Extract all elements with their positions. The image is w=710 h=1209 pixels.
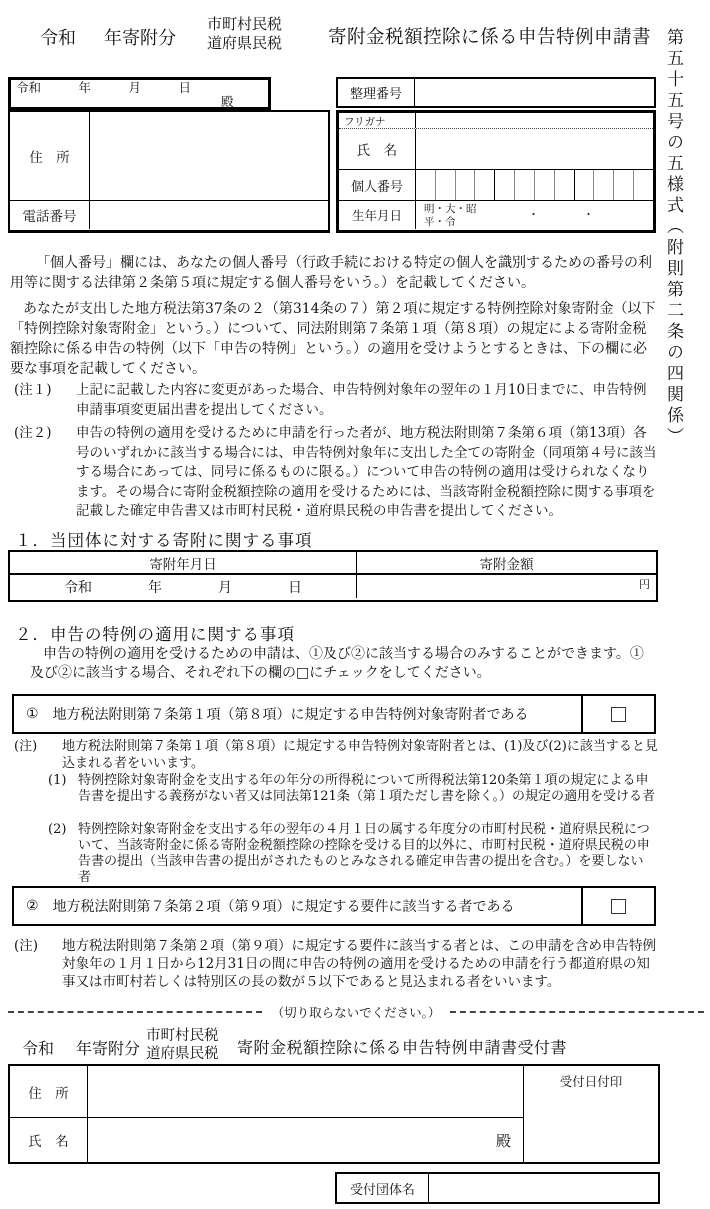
instruction-note-1: (注１) 上記に記載した内容に変更があった場合、申告特例対象年の翌年の１月10日…: [14, 381, 658, 420]
instruction-paragraph-2: あなたが支出した地方税法第37条の２（第314条の７）第２項に規定する特例控除対…: [10, 299, 660, 379]
personal-number-cell: [593, 170, 613, 200]
condition1-note-label: (注): [14, 739, 62, 772]
receipt-table: 住 所 氏 名 殿 受付日付印: [8, 1064, 660, 1164]
serial-number-box: 整理番号: [336, 77, 656, 108]
yen-unit-label: 円: [639, 576, 650, 592]
form-code-vertical-label: 第五十五号の五様式（附則第二条の四関係）: [664, 28, 681, 588]
serial-number-value-field: [415, 79, 654, 106]
personal-number-cell: [574, 170, 594, 200]
name-value-field: [416, 129, 653, 169]
birth-date-dots: ・ ・: [528, 209, 594, 222]
condition1-text: 地方税法附則第７条第１項（第８項）に規定する申告特例対象寄附者である: [53, 704, 529, 724]
cut-line-dashes-right: [450, 1011, 704, 1021]
condition1-sub1-text: 特例控除対象寄附金を支出する年の年分の所得税について所得税法第120条第１項の規…: [78, 773, 656, 805]
header-tax-line2: 道府県民税: [207, 34, 282, 53]
cut-line-text: （切り取らないでください。）: [262, 1003, 451, 1021]
instruction-paragraph-1: 「個人番号」欄には、あなたの個人番号（行政手続における特定の個人を識別するための…: [10, 253, 660, 293]
applicant-identity-table: フリガナ 氏 名 個人番号: [336, 110, 656, 233]
receipt-tax-type: 市町村民税 道府県民税: [146, 1027, 219, 1063]
condition2-note-label: (注): [14, 937, 62, 991]
condition1-sub2-text: 特例控除対象寄附金を支出する年の翌年の４月１日の属する年度分の市町村民税・道府県…: [78, 822, 656, 886]
condition2-checkbox[interactable]: [611, 899, 626, 914]
personal-number-cell: [613, 170, 633, 200]
condition2-text: 地方税法附則第７条第２項（第９項）に規定する要件に該当する者である: [53, 896, 515, 916]
personal-number-cell: [494, 170, 514, 200]
address-value-field: [90, 112, 328, 200]
receipt-era-label: 令和: [22, 1036, 54, 1059]
condition1-note-text: 地方税法附則第７条第１項（第８項）に規定する申告特例対象寄附者とは、(1)及び(…: [62, 739, 658, 772]
personal-number-cell: [474, 170, 494, 200]
condition1-number: ①: [26, 706, 39, 722]
personal-number-cell: [416, 170, 435, 200]
instruction-note-2: (注２) 申告の特例の適用を受けるために申請を行った者が、地方税法附則第７条第６…: [14, 424, 658, 522]
donation-amount-field: 円: [357, 575, 656, 598]
birth-date-field: 明・大・昭 平・令 ・ ・: [416, 201, 653, 229]
personal-number-cell: [435, 170, 455, 200]
note2-label: (注２): [14, 424, 76, 522]
phone-value-field: [90, 201, 328, 229]
personal-number-cell: [633, 170, 653, 200]
cut-line: （切り取らないでください。）: [8, 1003, 704, 1021]
donation-table: 寄附年月日 寄附金額 令和 年 月 日 円: [8, 550, 658, 602]
receipt-honorific: 殿: [496, 1130, 511, 1151]
application-form-page: 第五十五号の五様式（附則第二条の四関係） 令和 年寄附分 市町村民税 道府県民税…: [0, 0, 710, 1209]
receipt-stamp-label: 受付日付印: [560, 1074, 623, 1089]
condition1-sub2: (2) 特例控除対象寄附金を支出する年の翌年の４月１日の属する年度分の市町村民税…: [48, 822, 656, 886]
receipt-address-field: [88, 1066, 523, 1117]
recipient-box: 令和 年 月 日 殿: [8, 77, 271, 110]
phone-label: 電話番号: [10, 201, 90, 229]
recipient-honorific: 殿: [221, 94, 234, 109]
header-era-label: 令和: [40, 24, 76, 50]
condition2-number: ②: [26, 898, 39, 914]
receipt-org-field: [429, 1174, 658, 1202]
personal-number-cell: [554, 170, 574, 200]
condition1-checkbox[interactable]: [611, 707, 626, 722]
section2-intro: 申告の特例の適用を受けるための申請は、①及び②に該当する場合のみすることができま…: [30, 645, 657, 683]
donation-amount-header: 寄附金額: [357, 552, 656, 573]
address-label: 住 所: [10, 112, 90, 200]
receipt-org-box: 受付団体名: [335, 1172, 660, 1204]
furigana-label: フリガナ: [339, 113, 416, 128]
personal-number-cell: [534, 170, 554, 200]
personal-number-label: 個人番号: [339, 170, 416, 200]
header-tax-line1: 市町村民税: [207, 15, 282, 34]
section2-heading: ２．申告の特例の適用に関する事項: [15, 621, 295, 645]
cut-line-dashes-left: [8, 1011, 262, 1021]
birth-date-label: 生年月日: [339, 201, 416, 229]
section1-heading: １．当団体に対する寄附に関する事項: [15, 527, 313, 551]
header-year-suffix: 年寄附分: [104, 24, 176, 50]
receipt-name-field: 殿: [88, 1118, 523, 1162]
receipt-tax-line2: 道府県民税: [146, 1045, 219, 1063]
receipt-org-label: 受付団体名: [337, 1174, 429, 1202]
condition2-note: (注) 地方税法附則第７条第２項（第９項）に規定する要件に該当する者とは、この申…: [14, 937, 658, 991]
condition1-sub1-label: (1): [48, 773, 78, 805]
recipient-date-line: 令和 年 月 日: [16, 81, 268, 95]
receipt-year-suffix: 年寄附分: [76, 1036, 140, 1059]
condition1-sub2-label: (2): [48, 822, 78, 886]
receipt-title: 寄附金税額控除に係る申告特例申請書受付書: [237, 1035, 567, 1058]
form-title: 寄附金税額控除に係る申告特例申請書: [328, 23, 651, 49]
condition2-note-text: 地方税法附則第７条第２項（第９項）に規定する要件に該当する者とは、この申請を含め…: [62, 937, 658, 991]
receipt-address-label: 住 所: [10, 1066, 88, 1117]
personal-number-cell: [455, 170, 475, 200]
receipt-stamp-cell: 受付日付印: [523, 1066, 658, 1162]
header-tax-type: 市町村民税 道府県民税: [207, 15, 282, 53]
note1-label: (注１): [14, 381, 76, 420]
name-label: 氏 名: [339, 129, 416, 169]
personal-number-cell: [514, 170, 534, 200]
furigana-value-field: [416, 113, 653, 128]
serial-number-label: 整理番号: [338, 79, 415, 106]
donation-date-value: 令和 年 月 日: [10, 575, 357, 598]
note1-text: 上記に記載した内容に変更があった場合、申告特例対象年の翌年の１月10日までに、申…: [76, 381, 658, 420]
donation-date-header: 寄附年月日: [10, 552, 357, 573]
receipt-tax-line1: 市町村民税: [146, 1027, 219, 1045]
personal-number-cells: [416, 170, 653, 200]
applicant-contact-table: 住 所 電話番号: [8, 110, 330, 233]
condition2-row: ② 地方税法附則第７条第２項（第９項）に規定する要件に該当する者である: [12, 886, 656, 926]
note2-text: 申告の特例の適用を受けるために申請を行った者が、地方税法附則第７条第６項（第13…: [76, 424, 658, 522]
condition1-note: (注) 地方税法附則第７条第１項（第８項）に規定する申告特例対象寄附者とは、(1…: [14, 739, 658, 772]
receipt-name-label: 氏 名: [10, 1118, 88, 1162]
condition1-sub1: (1) 特例控除対象寄附金を支出する年の年分の所得税について所得税法第120条第…: [48, 773, 656, 805]
condition1-row: ① 地方税法附則第７条第１項（第８項）に規定する申告特例対象寄附者である: [12, 694, 656, 734]
